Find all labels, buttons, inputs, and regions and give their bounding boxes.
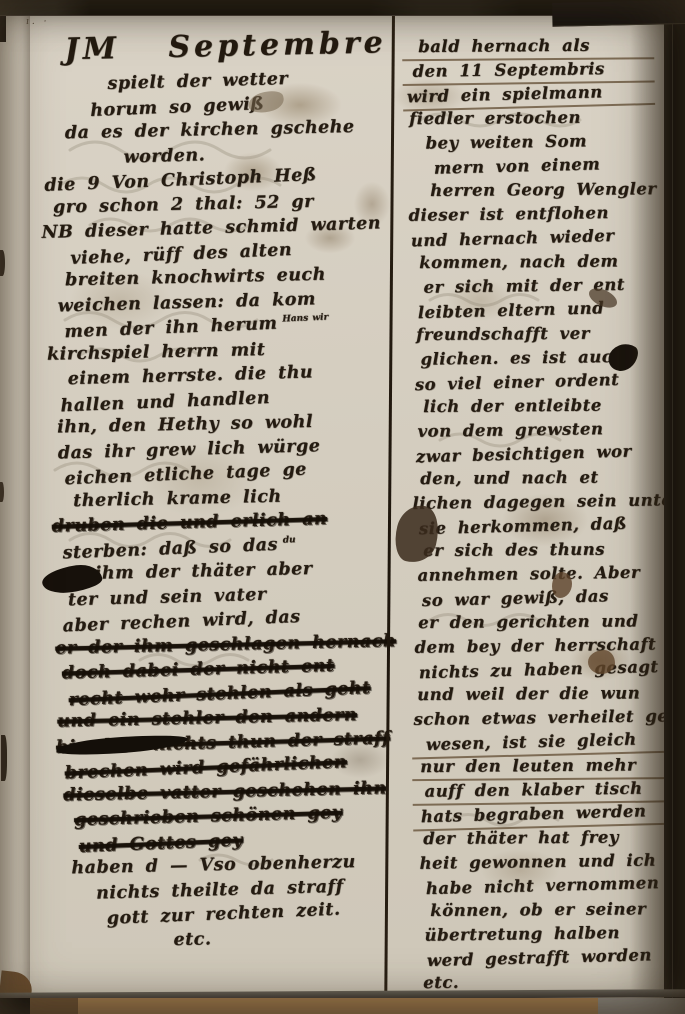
manuscript-line: nur den leuten mehr bbox=[412, 753, 664, 781]
right-border bbox=[664, 0, 685, 1014]
edge-mark bbox=[0, 482, 4, 502]
interline-note: du bbox=[283, 535, 296, 546]
interline-note: Hans wir bbox=[282, 313, 328, 325]
edge-mark bbox=[0, 250, 5, 276]
manuscript-line: freundschafft ver bbox=[406, 321, 658, 347]
manuscript-line: der thäter hat frey bbox=[413, 825, 665, 851]
margin-marks: ı. · bbox=[26, 17, 49, 27]
manuscript-photo: JM Septembrespielt der wetterhorum so ge… bbox=[0, 0, 685, 1014]
left-column: JM Septembrespielt der wetterhorum so ge… bbox=[36, 20, 411, 987]
manuscript-line: lich der entleibte bbox=[407, 393, 659, 419]
edge-mark bbox=[1, 735, 7, 781]
right-column: bald hernach alsden 11 Septembriswird ei… bbox=[402, 32, 667, 997]
manuscript-line: er sich des thuns bbox=[409, 537, 661, 563]
page-curl-shadow bbox=[630, 0, 664, 1014]
manuscript-line: er den gerichten und bbox=[410, 609, 662, 635]
page-edge-line bbox=[672, 0, 673, 1014]
manuscript-line: und weil der die wun bbox=[411, 681, 663, 707]
bottom-table-edge bbox=[0, 998, 685, 1014]
manuscript-line: herren Georg Wengler bbox=[404, 177, 656, 203]
manuscript-line: fiedler erstochen bbox=[403, 105, 655, 131]
manuscript-line: bald hernach als bbox=[402, 33, 654, 61]
manuscript-line: können, ob er seiner bbox=[414, 897, 666, 923]
top-border-right bbox=[552, 0, 685, 27]
page-left-edge bbox=[0, 0, 30, 1014]
manuscript-line: JM Septembre bbox=[36, 21, 385, 73]
manuscript-line: den, und nach et bbox=[408, 465, 660, 491]
manuscript-line: kommen, nach dem bbox=[405, 249, 657, 275]
